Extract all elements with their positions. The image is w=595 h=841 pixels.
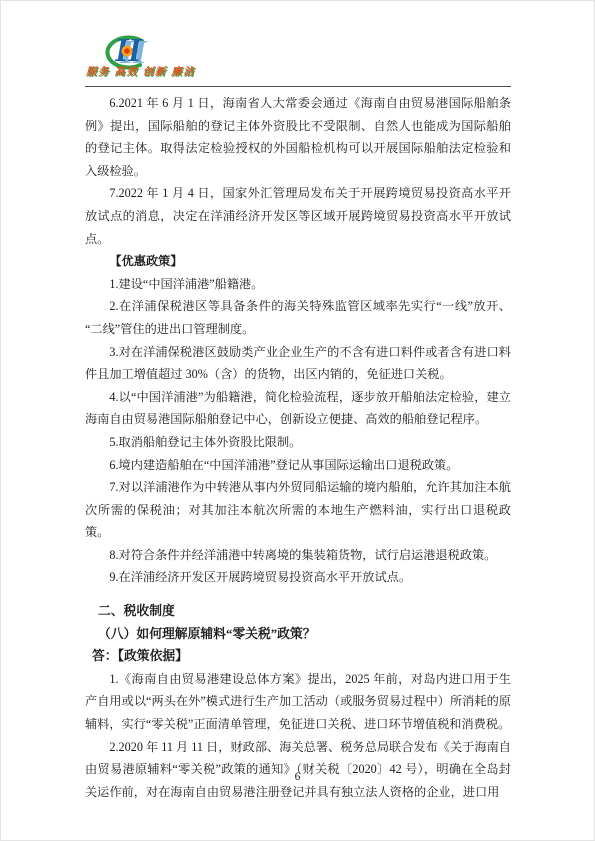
section-heading-tax-system: 二、税收制度 [85, 600, 511, 623]
preferential-policy-label: 【优惠政策】 [85, 250, 511, 273]
question-heading: （八）如何理解原辅料“零关税”政策？ [85, 623, 511, 646]
policy-item-6: 6.境内建造船舶在“中国洋浦港”登记从事国际运输出口退税政策。 [85, 454, 511, 477]
policy-item-1: 1.建设“中国洋浦港”船籍港。 [85, 273, 511, 296]
paragraph-item-7: 7.2022 年 1 月 4 日，国家外汇管理局发布关于开展跨境贸易投资高水平开… [85, 182, 511, 250]
page-number: 6 [0, 771, 595, 783]
document-page: H H 服务 高效 创新 廉洁 6.2021 年 6 月 1 日，海南省人大常委… [0, 0, 595, 841]
logo-slogan: 服务 高效 创新 廉洁 [86, 64, 195, 79]
document-body: 6.2021 年 6 月 1 日，海南省人大常委会通过《海南自由贸易港国际船舶条… [85, 92, 511, 803]
policy-item-2: 2.在洋浦保税港区等具备条件的海关特殊监管区域率先实行“一线”放开、“二线”管住… [85, 295, 511, 340]
policy-item-7: 7.对以洋浦港作为中转港从事内外贸同船运输的境内船舶，允许其加注本航次所需的保税… [85, 476, 511, 544]
header-divider [85, 86, 511, 87]
basis-item-1: 1.《海南自由贸易港建设总体方案》提出，2025 年前，对岛内进口用于生产自用或… [85, 668, 511, 736]
policy-item-8: 8.对符合条件并经洋浦港中转离境的集装箱货物，试行启运港退税政策。 [85, 544, 511, 567]
paragraph-item-6: 6.2021 年 6 月 1 日，海南省人大常委会通过《海南自由贸易港国际船舶条… [85, 92, 511, 182]
policy-item-9: 9.在洋浦经济开发区开展跨境贸易投资高水平开放试点。 [85, 566, 511, 589]
policy-item-5: 5.取消船舶登记主体外资股比限制。 [85, 431, 511, 454]
policy-item-4: 4.以“中国洋浦港”为船籍港，简化检验流程，逐步放开船舶法定检验，建立海南自由贸… [85, 386, 511, 431]
answer-heading: 答：【政策依据】 [85, 645, 511, 668]
policy-item-3: 3.对在洋浦保税港区鼓励类产业企业生产的不含有进口料件或者含有进口料件且加工增值… [85, 341, 511, 386]
basis-item-2: 2.2020 年 11 月 11 日，财政部、海关总署、税务总局联合发布《关于海… [85, 736, 511, 804]
